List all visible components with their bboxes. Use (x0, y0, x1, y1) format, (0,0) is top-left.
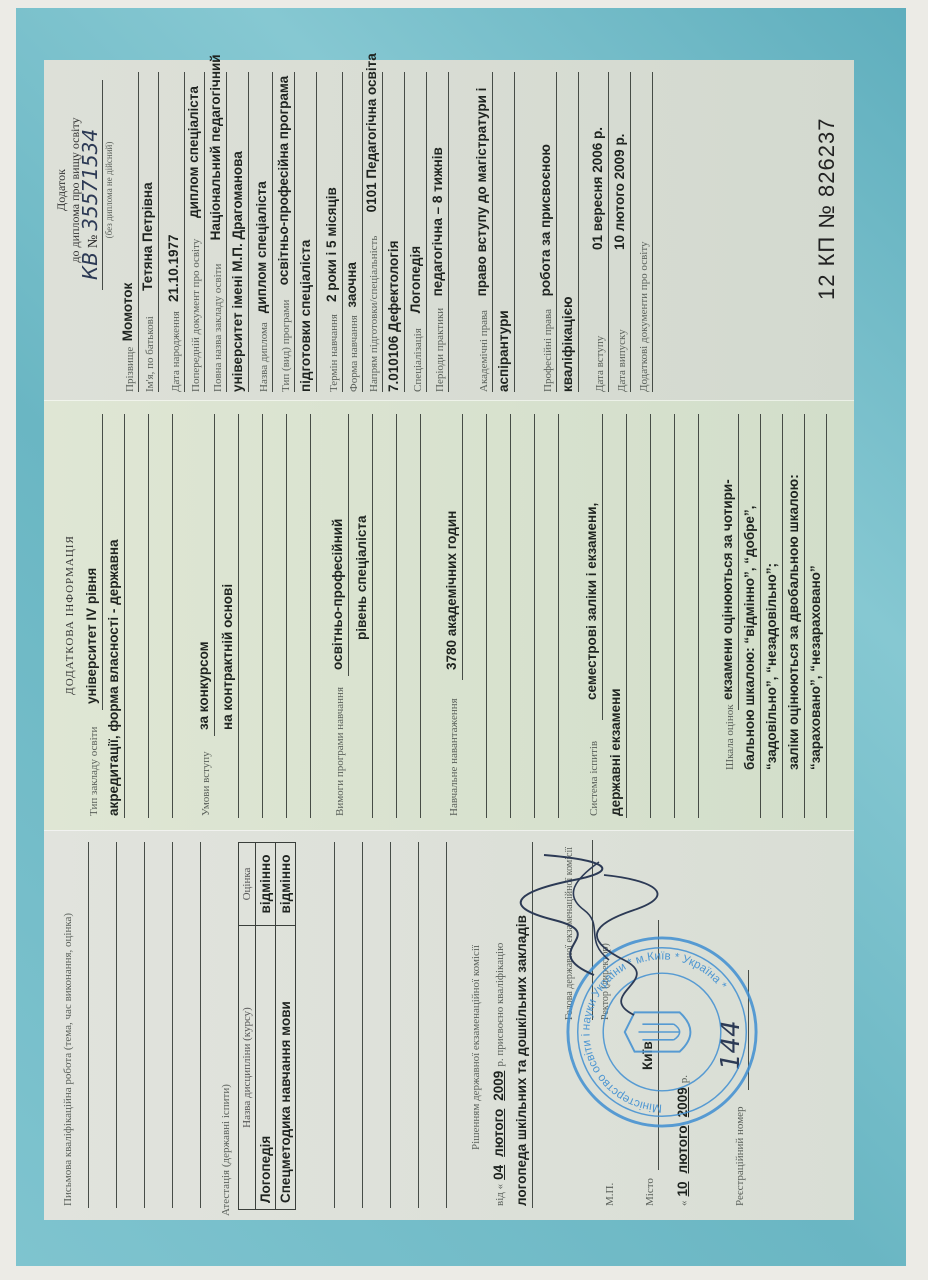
field-label: Тип (вид) програми (280, 300, 292, 392)
exam-grade: відмінно (276, 843, 296, 926)
line (602, 414, 603, 720)
field-label: Спеціалізація (412, 328, 424, 392)
field-value: екзамени оцінюються за чотири- (720, 479, 735, 700)
field-value: Момоток (120, 283, 135, 341)
line (446, 842, 447, 1208)
field-label: Дата випуску (616, 329, 628, 392)
field-label: Напрям підготовки/спеціальність (368, 236, 380, 392)
exam-grade: відмінно (256, 843, 276, 926)
attestation-table: Назва дисципліни (курсу) Оцінка Логопеді… (238, 842, 296, 1210)
grading-line: “задовільно”, “незадовільно”; (764, 563, 779, 770)
supplement-title: Додаток (54, 90, 69, 290)
field-label: Академічні права (478, 310, 490, 392)
decision-date: від « 04 лютого 2009 р. присвоєно кваліф… (490, 943, 508, 1206)
attestation-label: Атестація (державні іспити) (220, 1084, 232, 1216)
col-discipline: Назва дисципліни (курсу) (239, 926, 256, 1210)
line (578, 72, 579, 392)
line (102, 80, 103, 290)
field-label: Професійні права (542, 309, 554, 392)
line (172, 414, 173, 818)
field-value: 01 вересня 2006 р. (590, 127, 605, 250)
line (556, 72, 557, 392)
line (348, 414, 349, 676)
field-continuation: державні екзамени (608, 688, 623, 816)
field-value: диплом спеціаліста (186, 86, 201, 218)
line (362, 842, 363, 1208)
exam-discipline: Логопедія (256, 926, 276, 1210)
line (382, 72, 383, 392)
line (390, 842, 391, 1208)
field-label: Дата вступу (594, 336, 606, 392)
line (342, 72, 343, 392)
line (804, 414, 805, 818)
field-value: 21.10.1977 (166, 234, 181, 302)
supplement-note: (без диплома не дійсний) (104, 90, 114, 290)
line (396, 414, 397, 818)
field-value: 3780 академічних годин (444, 511, 459, 670)
line (362, 72, 363, 392)
field-value: диплом спеціаліста (254, 181, 269, 313)
line (138, 72, 139, 392)
field-continuation: на контрактній основі (220, 584, 235, 730)
decision-label: Рішенням державної екзаменаційної комісі… (470, 945, 482, 1150)
additional-info-title: ДОДАТКОВА ІНФОРМАЦІЯ (64, 400, 76, 830)
field-continuation: університет імені М.П. Драгоманова (230, 151, 245, 392)
field-continuation: аспірантури (496, 310, 511, 392)
table-row: Спецметодика навчання мови відмінно (276, 843, 296, 1210)
field-value: університет IV рівня (84, 568, 99, 704)
line (226, 72, 227, 392)
field-continuation: рівень спеціаліста (354, 515, 369, 640)
line (448, 72, 449, 392)
line (200, 842, 201, 1208)
field-label: Періоди практики (434, 308, 446, 392)
line (286, 414, 287, 818)
field-value: Національний педагогічний (208, 54, 223, 240)
field-label: Прізвище (124, 347, 136, 392)
line (652, 72, 653, 392)
field-continuation: підготовки спеціаліста (298, 240, 313, 392)
line (148, 414, 149, 818)
line (650, 414, 651, 818)
line (248, 72, 249, 392)
left-page: Письмова кваліфікаційна робота (тема, ча… (44, 830, 854, 1220)
field-label: Попередній документ про освіту (190, 239, 202, 392)
line (334, 842, 335, 1208)
line (760, 414, 761, 818)
field-value: 10 лютого 2009 р. (612, 134, 627, 250)
line (102, 414, 103, 710)
field-value: Тетяна Петрівна (140, 182, 155, 290)
line (316, 72, 317, 392)
line (630, 72, 631, 392)
line (698, 414, 699, 818)
field-label: Ім'я, по батькові (144, 316, 156, 392)
field-value: освітньо-професійний (330, 519, 345, 670)
field-label: Шкала оцінок (724, 704, 736, 770)
line (738, 414, 739, 710)
line (674, 414, 675, 818)
line (782, 414, 783, 818)
field-label: Навчальне навантаження (448, 698, 460, 816)
line (262, 414, 263, 818)
line (626, 414, 627, 818)
middle-page: ДОДАТКОВА ІНФОРМАЦІЯ Тип закладу освіти … (44, 400, 854, 830)
field-continuation: акредитації, форма власності - державна (106, 539, 121, 816)
line (238, 414, 239, 818)
diploma-number: КВ № 35571534 (78, 129, 102, 280)
line (534, 414, 535, 818)
field-value: заочна (344, 262, 359, 307)
line (214, 414, 215, 736)
field-value: 2 роки і 5 місяців (324, 187, 339, 302)
line (116, 842, 117, 1208)
field-value: педагогічна – 8 тижнів (430, 147, 445, 296)
field-value: 0101 Педагогічна освіта (364, 53, 379, 212)
city-label: Місто (644, 1178, 656, 1206)
signature-icon (584, 870, 674, 1020)
field-label: Тип закладу освіти (88, 727, 100, 816)
line (172, 842, 173, 1208)
line (158, 72, 159, 392)
field-value: право вступу до магістратури і (474, 88, 489, 297)
field-label: Дата народження (170, 311, 182, 392)
field-label: Система іспитів (588, 741, 600, 816)
field-value: семестрові заліки і екзамени, (584, 503, 599, 700)
field-label: Назва диплома (258, 322, 270, 392)
field-label: Додаткові документи про освіту (638, 242, 650, 393)
field-label: Термін навчання (328, 314, 340, 392)
line (88, 842, 89, 1208)
line (420, 414, 421, 818)
field-continuation: 7.010106 Дефектологія (386, 241, 401, 393)
table-row: Логопедія відмінно (256, 843, 276, 1210)
line (144, 842, 145, 1208)
field-continuation: кваліфікацією (560, 296, 575, 392)
field-label: Умови вступу (200, 751, 212, 816)
line (608, 72, 609, 392)
grading-line: заліки оцінюються за двобальною шкалою: (786, 474, 801, 770)
line (418, 842, 419, 1208)
line (492, 72, 493, 392)
line (826, 414, 827, 818)
grading-line: “зараховано”, “незараховано” (808, 565, 823, 770)
field-value: за конкурсом (196, 641, 211, 730)
grading-line: бальною шкалою: “відмінно”, “добре”, (742, 506, 757, 770)
field-label: Форма навчання (348, 315, 360, 392)
right-page: Додаток до диплома про вищу освіту КВ № … (44, 60, 854, 400)
line (486, 414, 487, 818)
line (204, 72, 205, 392)
exam-discipline: Спецметодика навчання мови (276, 926, 296, 1210)
line (310, 414, 311, 818)
field-value: робота за присвоєною (538, 144, 553, 296)
line (558, 414, 559, 818)
line (124, 414, 125, 818)
line (272, 72, 273, 392)
diploma-supplement-sheet: Письмова кваліфікаційна робота (тема, ча… (0, 0, 928, 1280)
col-grade: Оцінка (239, 843, 256, 926)
field-value: Логопедія (408, 246, 423, 313)
line (426, 72, 427, 392)
line (372, 414, 373, 818)
field-label: Повна назва закладу освіти (212, 264, 224, 392)
line (462, 414, 463, 680)
line (514, 72, 515, 392)
line (510, 414, 511, 818)
line (404, 72, 405, 392)
line (184, 72, 185, 392)
field-label: Вимоги програми навчання (334, 687, 346, 816)
field-value: освітньо-професійна програма (276, 76, 291, 285)
mp-label: М.П. (604, 1183, 616, 1206)
line (294, 72, 295, 392)
form-number: 12 КП № 826237 (814, 118, 840, 300)
thesis-label: Письмова кваліфікаційна робота (тема, ча… (62, 913, 74, 1206)
